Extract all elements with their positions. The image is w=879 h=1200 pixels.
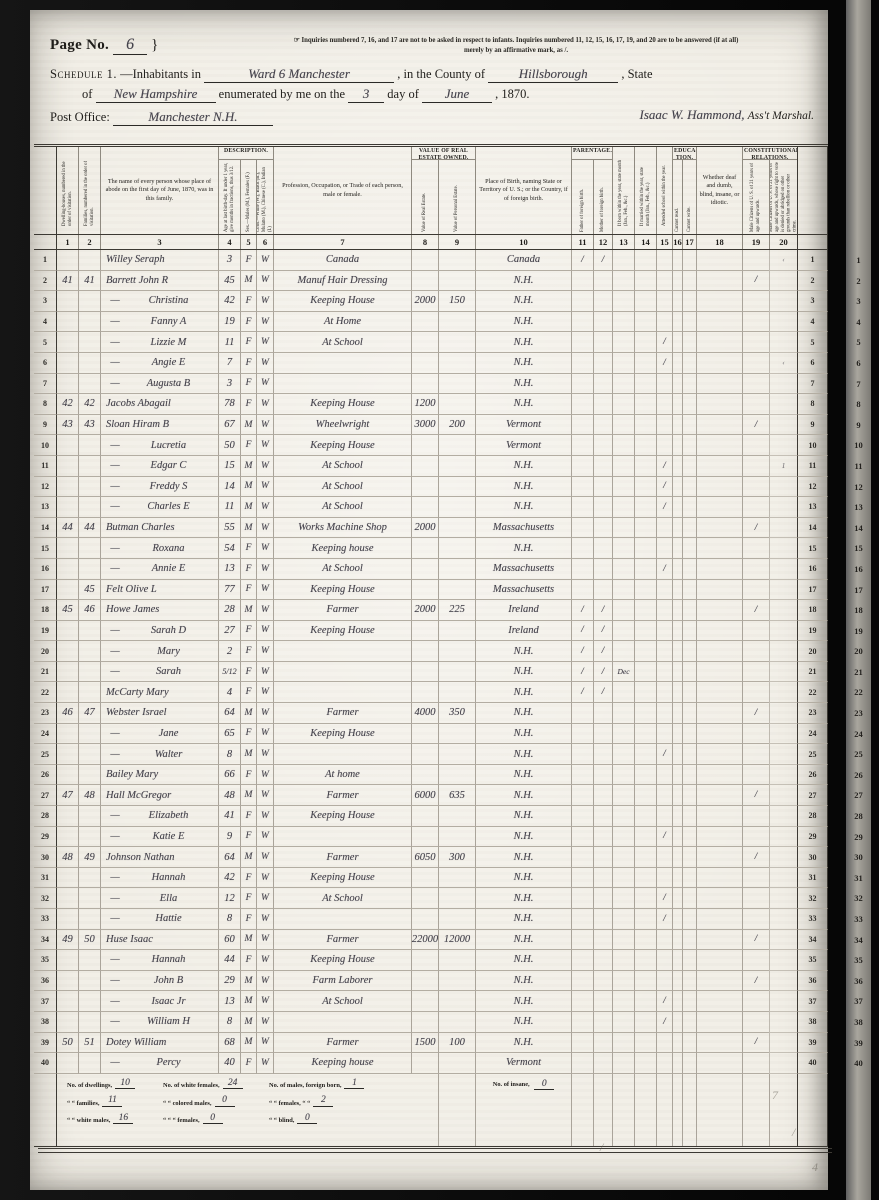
cell-deaf-dumb: [696, 991, 742, 1012]
edge-row-number: 19: [846, 621, 871, 642]
cell-cannot-read: [672, 435, 682, 456]
cell-male-citizen-denied: [769, 497, 797, 518]
cell-real-estate-value: 2000: [411, 291, 438, 312]
cell-place-of-birth: Vermont: [475, 415, 571, 436]
cell-mother-foreign: [593, 847, 612, 868]
cell-deaf-dumb: [696, 1012, 742, 1033]
cell-married-month: [634, 271, 656, 292]
cell-cannot-read: [672, 847, 682, 868]
cell-male-citizen-denied: [769, 847, 797, 868]
cell-male-citizen: [742, 909, 769, 930]
edge-row-number: 25: [846, 744, 871, 765]
cell-sex: F: [240, 250, 256, 271]
row-number-left: 35: [34, 950, 56, 971]
table-row: 40—Percy40FWKeeping houseVermont40: [34, 1053, 828, 1074]
cell-place-of-birth: N.H.: [475, 662, 571, 683]
edge-row-number: 9: [846, 415, 871, 436]
cell-sex: F: [240, 621, 256, 642]
edge-row-number: 34: [846, 930, 871, 951]
cell-male-citizen: [742, 868, 769, 889]
cell-male-citizen: [742, 621, 769, 642]
cell-real-estate-value: [411, 806, 438, 827]
cell-occupation: At Home: [273, 312, 411, 333]
cell-male-citizen-denied: [769, 271, 797, 292]
cell-personal-estate-value: [438, 806, 475, 827]
cell-attended-school: [656, 271, 672, 292]
cell-family-number: [78, 477, 100, 498]
cell-male-citizen: [742, 435, 769, 456]
cell-real-estate-value: [411, 353, 438, 374]
cell-occupation: [273, 641, 411, 662]
table-row: 184546Howe James28MWFarmer2000225Ireland…: [34, 600, 828, 621]
cell-family-number: [78, 250, 100, 271]
cell-married-month: [634, 847, 656, 868]
cell-married-month: [634, 353, 656, 374]
cell-sex: F: [240, 827, 256, 848]
cell-dwelling-number: 48: [56, 847, 78, 868]
cell-male-citizen: [742, 765, 769, 786]
cell-family-number: 50: [78, 930, 100, 951]
cell-age: 19: [218, 312, 240, 333]
cell-mother-foreign: [593, 991, 612, 1012]
table-header: Dwelling-houses, numbered in the order o…: [34, 144, 828, 235]
row-number-left: 5: [34, 332, 56, 353]
cell-name: —John B: [100, 971, 218, 992]
cell-age: 8: [218, 744, 240, 765]
column-number: 5: [240, 235, 256, 249]
cell-real-estate-value: [411, 971, 438, 992]
cell-attended-school: [656, 621, 672, 642]
cell-name: —Hannah: [100, 868, 218, 889]
cell-personal-estate-value: [438, 888, 475, 909]
row-number-right: 37: [797, 991, 828, 1012]
cell-age: 13: [218, 991, 240, 1012]
cell-cannot-read: [672, 353, 682, 374]
schedule-line-2: of New Hampshire enumerated by me on the…: [82, 86, 828, 103]
row-number-left: 4: [34, 312, 56, 333]
table-footer: No. of dwellings,10 “ “ families,11 “ “ …: [34, 1074, 828, 1147]
cell-attended-school: /: [656, 1012, 672, 1033]
cell-cannot-write: [682, 847, 696, 868]
cell-dwelling-number: [56, 806, 78, 827]
cell-birth-month: [612, 1012, 634, 1033]
ditto-dash: —: [101, 460, 129, 471]
cell-age: 44: [218, 950, 240, 971]
ditto-dash: —: [101, 996, 129, 1007]
cell-real-estate-value: 1200: [411, 394, 438, 415]
ditto-dash: —: [101, 1016, 129, 1027]
cell-father-foreign: [571, 744, 593, 765]
cell-personal-estate-value: [438, 621, 475, 642]
cell-father-foreign: [571, 435, 593, 456]
stat-value: 11: [102, 1096, 122, 1107]
cell-sex: F: [240, 435, 256, 456]
cell-father-foreign: [571, 991, 593, 1012]
cell-personal-estate-value: 225: [438, 600, 475, 621]
cell-mother-foreign: [593, 1033, 612, 1054]
cell-age: 7: [218, 353, 240, 374]
row-number-left: 26: [34, 765, 56, 786]
cell-occupation: Keeping house: [273, 1053, 411, 1074]
table-row: 12—Freddy S14MWAt SchoolN.H./12: [34, 477, 828, 498]
cell-cannot-read: [672, 312, 682, 333]
cell-sex: F: [240, 291, 256, 312]
cell-cannot-read: [672, 497, 682, 518]
cell-age: 60: [218, 930, 240, 951]
state-written: New Hampshire: [96, 86, 216, 103]
cell-married-month: [634, 806, 656, 827]
cell-cannot-read: [672, 621, 682, 642]
cell-birth-month: [612, 827, 634, 848]
ditto-dash: —: [101, 501, 129, 512]
cell-name: —Augusta B: [100, 374, 218, 395]
cell-mother-foreign: [593, 271, 612, 292]
edge-row-number: 16: [846, 559, 871, 580]
cell-age: 13: [218, 559, 240, 580]
cell-sex: F: [240, 559, 256, 580]
cell-deaf-dumb: [696, 827, 742, 848]
cell-age: 77: [218, 580, 240, 601]
cell-father-foreign: [571, 765, 593, 786]
edge-row-number: 39: [846, 1033, 871, 1054]
cell-place-of-birth: N.H.: [475, 868, 571, 889]
table-row: 1745Felt Olive L77FWKeeping HouseMassach…: [34, 580, 828, 601]
cell-color: W: [256, 456, 273, 477]
edge-row-number: 27: [846, 785, 871, 806]
schedule-label: Schedule 1.: [50, 67, 117, 81]
cell-sex: F: [240, 374, 256, 395]
cell-cannot-write: [682, 353, 696, 374]
cell-real-estate-value: [411, 312, 438, 333]
cell-color: W: [256, 909, 273, 930]
cell-mother-foreign: [593, 703, 612, 724]
row-number-right: 7: [797, 374, 828, 395]
cell-age: 11: [218, 332, 240, 353]
cell-male-citizen-denied: [769, 332, 797, 353]
cell-age: 8: [218, 1012, 240, 1033]
cell-sex: M: [240, 456, 256, 477]
cell-real-estate-value: 2000: [411, 600, 438, 621]
cell-cannot-write: [682, 497, 696, 518]
column-number: 9: [438, 235, 475, 249]
cell-cannot-write: [682, 641, 696, 662]
cell-personal-estate-value: [438, 682, 475, 703]
cell-mother-foreign: [593, 312, 612, 333]
cell-name: Johnson Nathan: [100, 847, 218, 868]
cell-family-number: [78, 991, 100, 1012]
column-number: 20: [769, 235, 797, 249]
ditto-dash: —: [101, 749, 129, 760]
row-number-left: 16: [34, 559, 56, 580]
cell-male-citizen-denied: [769, 827, 797, 848]
cell-male-citizen-denied: [769, 724, 797, 745]
cell-cannot-read: [672, 518, 682, 539]
cell-name: Dotey William: [100, 1033, 218, 1054]
column-number: 14: [634, 235, 656, 249]
col-header-dwellings: Dwelling-houses, numbered in the order o…: [56, 147, 78, 234]
column-number: 11: [571, 235, 593, 249]
note-line-1: Inquiries numbered 7, 16, and 17 are not…: [301, 37, 738, 44]
cell-real-estate-value: 4000: [411, 703, 438, 724]
cell-name: —Jane: [100, 724, 218, 745]
row-number-right: 34: [797, 930, 828, 951]
cell-occupation: [273, 1012, 411, 1033]
post-office-written: Manchester N.H.: [113, 109, 273, 126]
ditto-dash: —: [101, 913, 129, 924]
cell-male-citizen-denied: [769, 971, 797, 992]
table-row: 84242Jacobs Abagail78FWKeeping House1200…: [34, 394, 828, 415]
footer-statistics: No. of dwellings,10 “ “ families,11 “ “ …: [56, 1074, 438, 1146]
cell-real-estate-value: [411, 909, 438, 930]
cell-married-month: [634, 477, 656, 498]
stat-value: 2: [313, 1096, 333, 1107]
cell-married-month: [634, 1053, 656, 1074]
cell-place-of-birth: Vermont: [475, 435, 571, 456]
cell-age: 14: [218, 477, 240, 498]
edge-row-number: 35: [846, 950, 871, 971]
cell-occupation: Farm Laborer: [273, 971, 411, 992]
cell-male-citizen: /: [742, 415, 769, 436]
cell-name: Willey Seraph: [100, 250, 218, 271]
cell-age: 40: [218, 1053, 240, 1074]
cell-attended-school: [656, 765, 672, 786]
cell-age: 66: [218, 765, 240, 786]
cell-cannot-read: [672, 765, 682, 786]
cell-occupation: Farmer: [273, 785, 411, 806]
column-number: 8: [411, 235, 438, 249]
cell-attended-school: [656, 785, 672, 806]
edge-row-number: 1: [846, 250, 871, 271]
cell-deaf-dumb: [696, 291, 742, 312]
cell-age: 67: [218, 415, 240, 436]
cell-real-estate-value: [411, 538, 438, 559]
cell-real-estate-value: [411, 580, 438, 601]
cell-place-of-birth: N.H.: [475, 744, 571, 765]
census-page: Page No. 6 } ☞ Inquiries numbered 7, 16,…: [30, 10, 828, 1190]
cell-attended-school: /: [656, 456, 672, 477]
cell-family-number: [78, 353, 100, 374]
table-row: 25—Walter8MWN.H./25: [34, 744, 828, 765]
cell-occupation: Manuf Hair Dressing: [273, 271, 411, 292]
row-number-left: 1: [34, 250, 56, 271]
cell-color: W: [256, 1053, 273, 1074]
cell-personal-estate-value: [438, 477, 475, 498]
schedule-line: Schedule 1. —Inhabitants in Ward 6 Manch…: [50, 66, 828, 83]
cell-cannot-write: [682, 580, 696, 601]
cell-age: 15: [218, 456, 240, 477]
cell-birth-month: [612, 682, 634, 703]
row-number-right: 4: [797, 312, 828, 333]
cell-cannot-read: [672, 1053, 682, 1074]
cell-sex: F: [240, 394, 256, 415]
cell-attended-school: [656, 1033, 672, 1054]
cell-occupation: Canada: [273, 250, 411, 271]
cell-sex: M: [240, 477, 256, 498]
cell-family-number: [78, 971, 100, 992]
cell-male-citizen-denied: ‹: [769, 250, 797, 271]
cell-male-citizen: [742, 580, 769, 601]
cell-deaf-dumb: [696, 682, 742, 703]
cell-name: Bailey Mary: [100, 765, 218, 786]
group-header-constitutional: Constitutional Relations.: [742, 147, 797, 160]
cell-dwelling-number: [56, 538, 78, 559]
col-header-name: The name of every person whose place of …: [100, 147, 218, 234]
cell-dwelling-number: 44: [56, 518, 78, 539]
cell-male-citizen: [742, 991, 769, 1012]
stat-label: “ “ white males,: [67, 1117, 110, 1124]
ditto-dash: —: [101, 543, 129, 554]
cell-married-month: [634, 559, 656, 580]
stat-label: No. of males, foreign born,: [269, 1082, 341, 1089]
cell-married-month: [634, 600, 656, 621]
cell-sex: M: [240, 271, 256, 292]
adjacent-page-edge: 1234567891011121314151617181920212223242…: [846, 0, 871, 1200]
cell-attended-school: /: [656, 559, 672, 580]
row-number-right: 35: [797, 950, 828, 971]
cell-birth-month: [612, 518, 634, 539]
cell-male-citizen-denied: [769, 868, 797, 889]
cell-father-foreign: /: [571, 621, 593, 642]
cell-family-number: [78, 1053, 100, 1074]
cell-sex: M: [240, 600, 256, 621]
cell-real-estate-value: [411, 744, 438, 765]
cell-cannot-write: [682, 435, 696, 456]
cell-attended-school: [656, 868, 672, 889]
cell-birth-month: [612, 744, 634, 765]
cell-birth-month: [612, 621, 634, 642]
cell-name: Barrett John R: [100, 271, 218, 292]
cell-cannot-write: [682, 909, 696, 930]
cell-father-foreign: /: [571, 250, 593, 271]
cell-color: W: [256, 271, 273, 292]
cell-married-month: [634, 291, 656, 312]
cell-mother-foreign: [593, 765, 612, 786]
edge-row-number: 14: [846, 518, 871, 539]
row-number-right: 16: [797, 559, 828, 580]
cell-cannot-write: [682, 374, 696, 395]
cell-deaf-dumb: [696, 415, 742, 436]
table-row: 234647Webster Israel64MWFarmer4000350N.H…: [34, 703, 828, 724]
cell-birth-month: [612, 538, 634, 559]
cell-color: W: [256, 1012, 273, 1033]
cell-birth-month: [612, 477, 634, 498]
cell-cannot-read: [672, 641, 682, 662]
cell-place-of-birth: N.H.: [475, 765, 571, 786]
cell-male-citizen-denied: [769, 1053, 797, 1074]
cell-personal-estate-value: 300: [438, 847, 475, 868]
cell-name: —Walter: [100, 744, 218, 765]
cell-male-citizen-denied: [769, 374, 797, 395]
cell-birth-month: [612, 847, 634, 868]
cell-father-foreign: [571, 374, 593, 395]
cell-cannot-read: [672, 250, 682, 271]
cell-cannot-read: [672, 332, 682, 353]
edge-row-number: 15: [846, 538, 871, 559]
cell-age: 41: [218, 806, 240, 827]
cell-mother-foreign: [593, 332, 612, 353]
ditto-dash: —: [101, 625, 129, 636]
cell-cannot-read: [672, 271, 682, 292]
cell-father-foreign: [571, 538, 593, 559]
cell-birth-month: [612, 415, 634, 436]
cell-name: —Isaac Jr: [100, 991, 218, 1012]
cell-birth-month: [612, 312, 634, 333]
cell-place-of-birth: N.H.: [475, 497, 571, 518]
cell-attended-school: /: [656, 353, 672, 374]
cell-age: 64: [218, 703, 240, 724]
cell-age: 50: [218, 435, 240, 456]
cell-mother-foreign: /: [593, 682, 612, 703]
cell-cannot-write: [682, 971, 696, 992]
cell-father-foreign: [571, 332, 593, 353]
row-number-right: 15: [797, 538, 828, 559]
row-number-right: 9: [797, 415, 828, 436]
cell-place-of-birth: N.H.: [475, 538, 571, 559]
row-number-right: 28: [797, 806, 828, 827]
cell-color: W: [256, 785, 273, 806]
cell-deaf-dumb: [696, 868, 742, 889]
cell-deaf-dumb: [696, 744, 742, 765]
cell-personal-estate-value: 150: [438, 291, 475, 312]
cell-male-citizen: /: [742, 971, 769, 992]
cell-cannot-read: [672, 456, 682, 477]
cell-name: —Ella: [100, 888, 218, 909]
cell-dwelling-number: [56, 662, 78, 683]
edge-row-number: 4: [846, 312, 871, 333]
table-row: 31—Hannah42FWKeeping HouseN.H.31: [34, 868, 828, 889]
stat-label: “ “ blind,: [269, 1117, 294, 1124]
cell-male-citizen: [742, 538, 769, 559]
cell-married-month: [634, 332, 656, 353]
census-scan: Page No. 6 } ☞ Inquiries numbered 7, 16,…: [0, 0, 879, 1200]
month-written: June: [422, 86, 492, 103]
cell-married-month: [634, 682, 656, 703]
cell-cannot-read: [672, 703, 682, 724]
cell-birth-month: [612, 785, 634, 806]
post-office-line: Post Office: Manchester N.H. Isaac W. Ha…: [50, 109, 828, 126]
cell-attended-school: [656, 394, 672, 415]
cell-birth-month: [612, 600, 634, 621]
cell-dwelling-number: [56, 353, 78, 374]
cell-cannot-read: [672, 1033, 682, 1054]
stat-value: 0: [297, 1114, 317, 1125]
insane-value: 0: [534, 1080, 554, 1091]
cell-place-of-birth: N.H.: [475, 271, 571, 292]
cell-cannot-write: [682, 1053, 696, 1074]
cell-name: —Fanny A: [100, 312, 218, 333]
document-header: Page No. 6 } ☞ Inquiries numbered 7, 16,…: [30, 10, 828, 144]
cell-real-estate-value: [411, 991, 438, 1012]
row-number-right: 5: [797, 332, 828, 353]
cell-deaf-dumb: [696, 477, 742, 498]
cell-attended-school: [656, 291, 672, 312]
row-number-right: 1: [797, 250, 828, 271]
table-row: 144444Butman Charles55MWWorks Machine Sh…: [34, 518, 828, 539]
ditto-dash: —: [101, 378, 129, 389]
cell-male-citizen: [742, 394, 769, 415]
cell-mother-foreign: [593, 291, 612, 312]
cell-attended-school: [656, 950, 672, 971]
cell-mother-foreign: [593, 497, 612, 518]
cell-male-citizen: /: [742, 785, 769, 806]
cell-cannot-write: [682, 621, 696, 642]
cell-name: —Angie E: [100, 353, 218, 374]
cell-personal-estate-value: [438, 971, 475, 992]
column-number: 4: [218, 235, 240, 249]
row-number-left: 6: [34, 353, 56, 374]
row-number-left: 18: [34, 600, 56, 621]
cell-place-of-birth: N.H.: [475, 888, 571, 909]
